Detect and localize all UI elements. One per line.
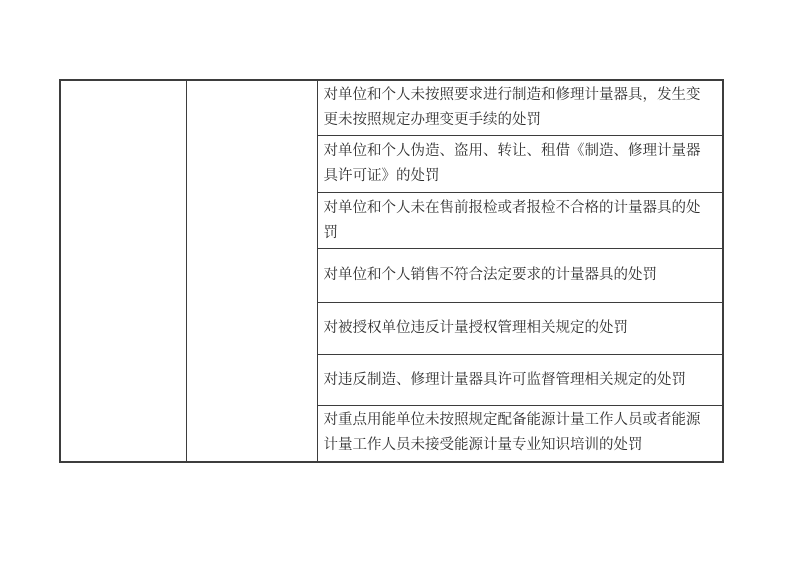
document-page: 对单位和个人未按照要求进行制造和修理计量器具，发生变 更未按照规定办理变更手续的… [0, 0, 800, 566]
penalty-item-cell: 对单位和个人未按照要求进行制造和修理计量器具，发生变 更未按照规定办理变更手续的… [317, 80, 723, 136]
penalty-item-cell: 对重点用能单位未按照规定配备能源计量工作人员或者能源 计量工作人员未接受能源计量… [317, 406, 723, 462]
penalty-item-cell: 对单位和个人销售不符合法定要求的计量器具的处罚 [317, 249, 723, 303]
penalty-item-cell: 对单位和个人未在售前报检或者报检不合格的计量器具的处 罚 [317, 193, 723, 249]
penalty-item-cell: 对单位和个人伪造、盗用、转让、租借《制造、修理计量器 具许可证》的处罚 [317, 136, 723, 193]
empty-merged-cell-column2 [186, 80, 317, 462]
penalty-item-cell: 对违反制造、修理计量器具许可监督管理相关规定的处罚 [317, 355, 723, 406]
penalties-table: 对单位和个人未按照要求进行制造和修理计量器具，发生变 更未按照规定办理变更手续的… [59, 79, 724, 463]
empty-merged-cell-column1 [60, 80, 186, 462]
penalty-item-cell: 对被授权单位违反计量授权管理相关规定的处罚 [317, 303, 723, 355]
table-row: 对单位和个人未按照要求进行制造和修理计量器具，发生变 更未按照规定办理变更手续的… [60, 80, 723, 136]
